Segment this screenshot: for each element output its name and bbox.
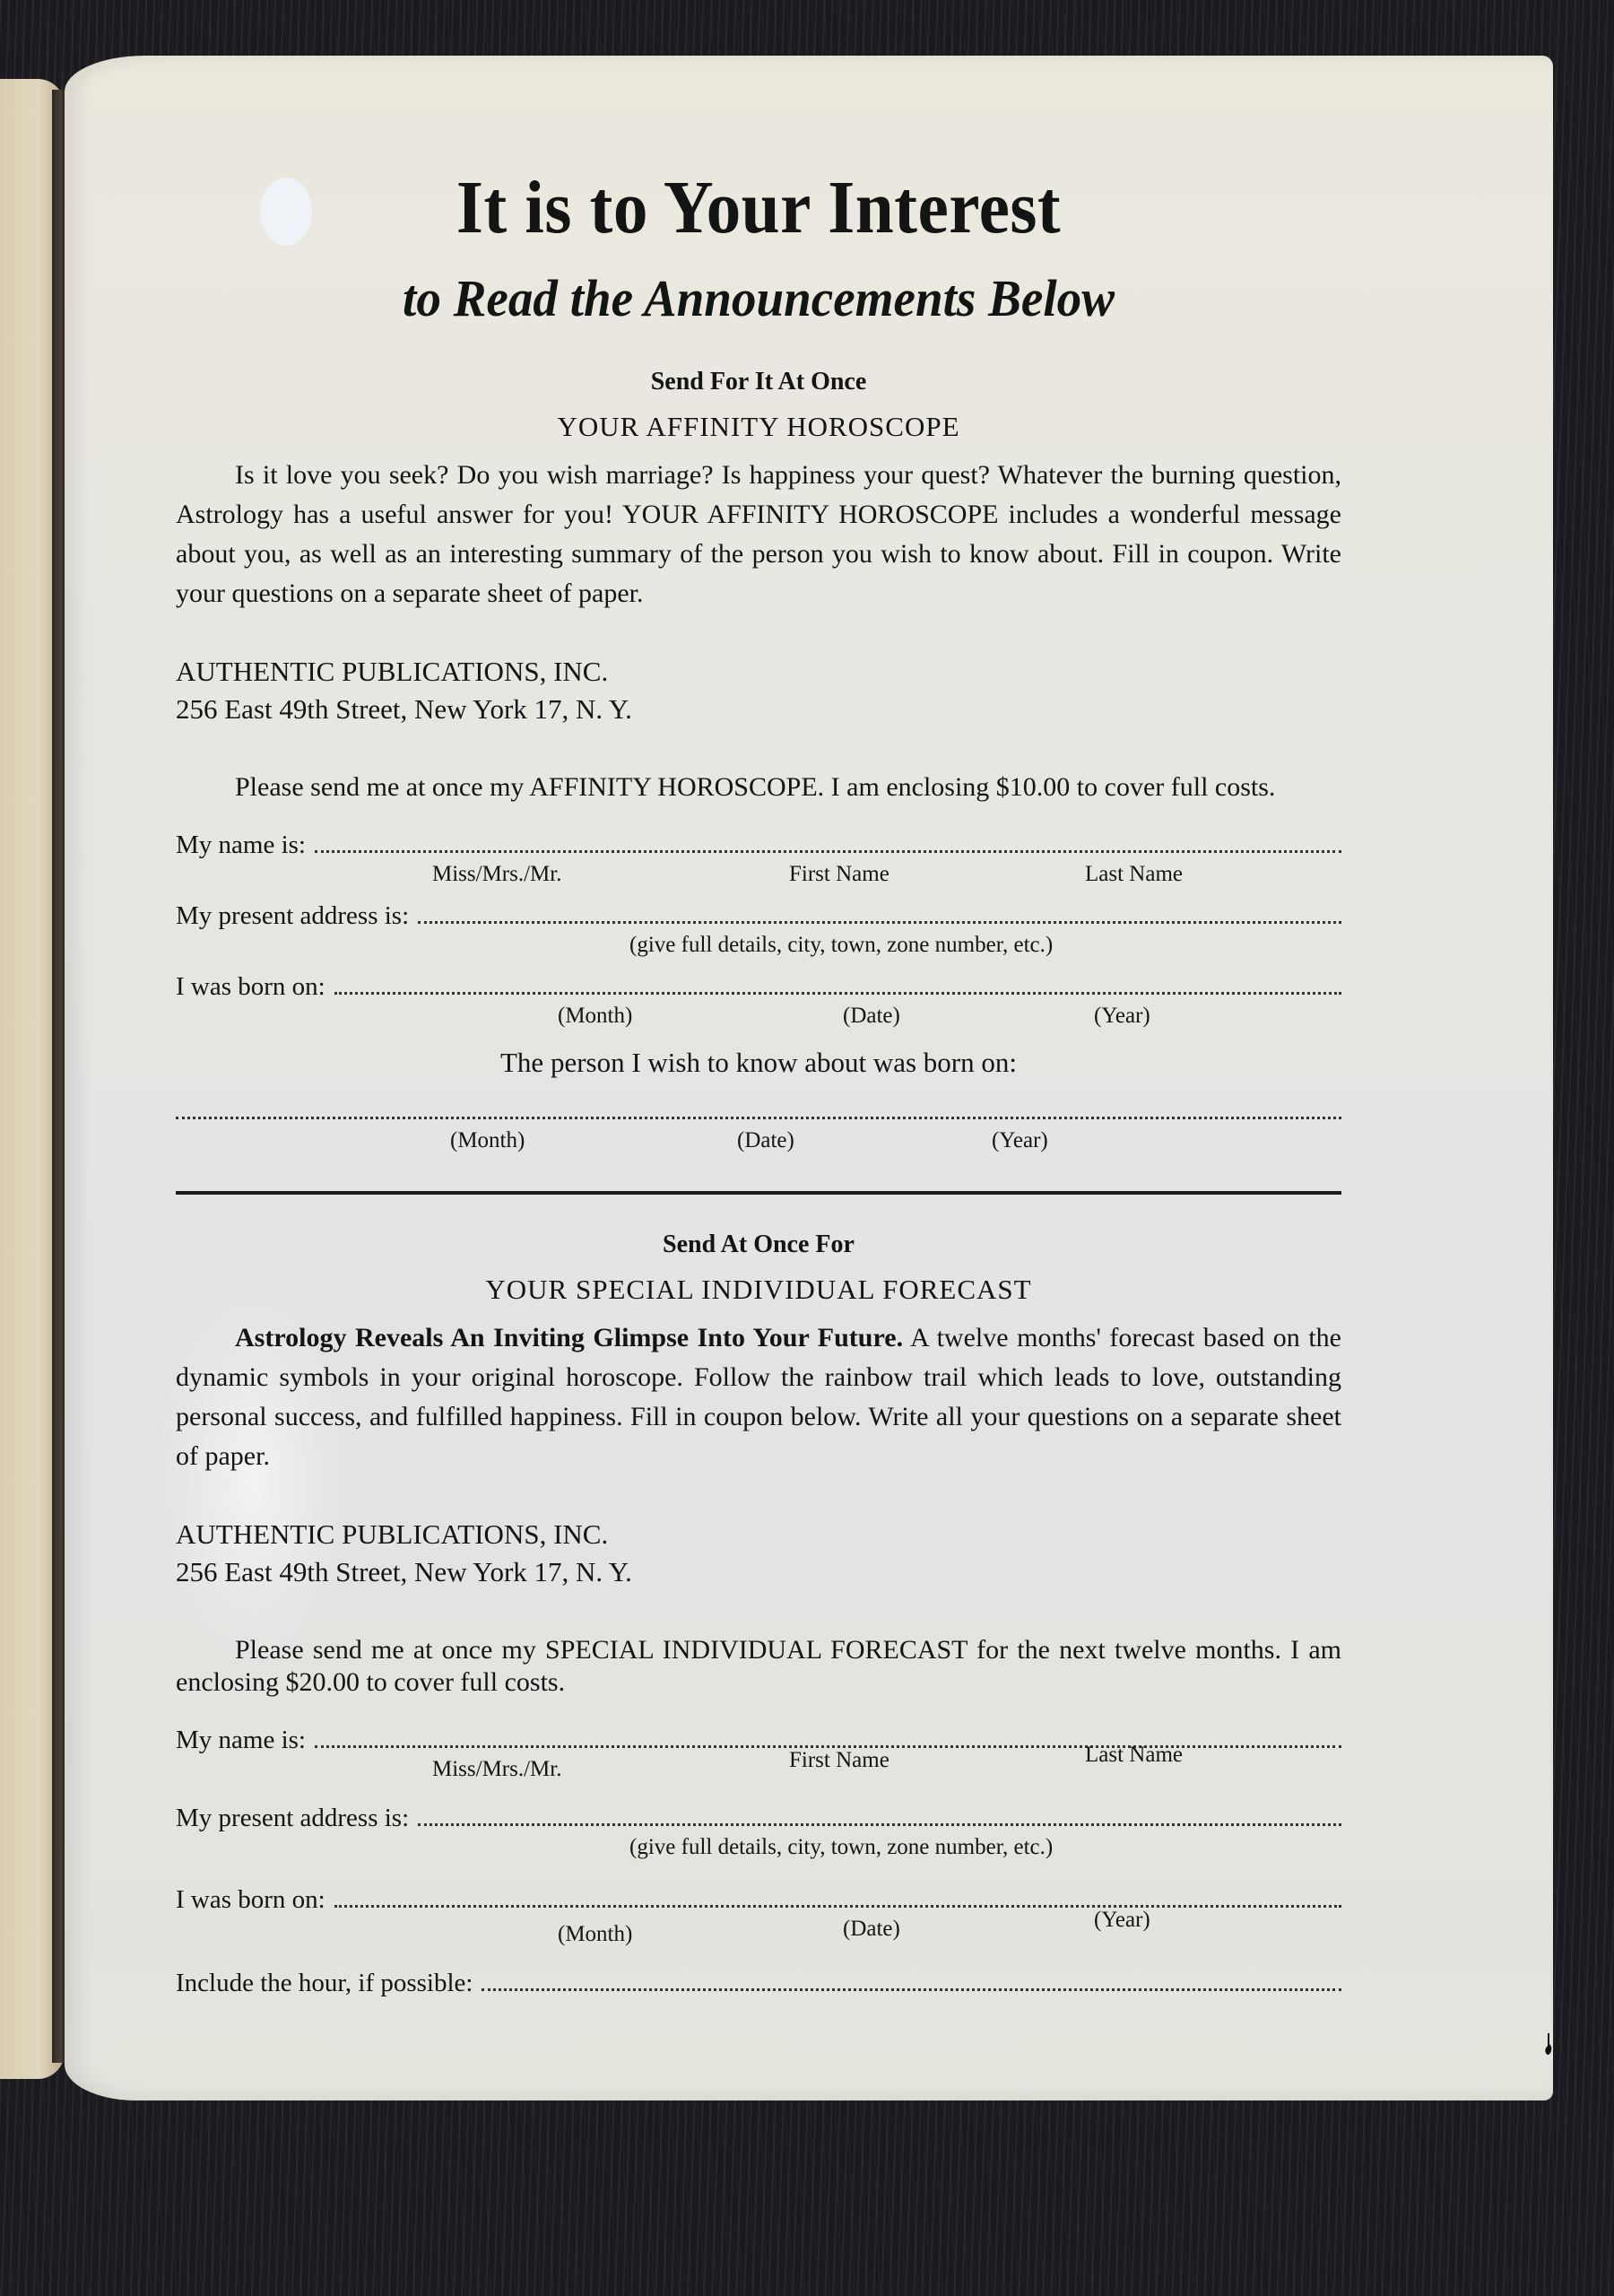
- date-sublabel: (Date): [843, 1917, 900, 1942]
- publisher-address: 256 East 49th Street, New York 17, N. Y.: [176, 1553, 1341, 1591]
- affinity-body: Is it love you seek? Do you wish marriag…: [176, 456, 1341, 613]
- name-sublabels: Miss/Mrs./Mr. First Name Last Name: [176, 860, 1341, 892]
- born-label: I was born on:: [176, 1885, 334, 1915]
- other-date-sublabel: (Date): [737, 1128, 794, 1153]
- month-sublabel: (Month): [558, 1922, 632, 1947]
- name-label: My name is:: [176, 831, 315, 860]
- first-name-sublabel: First Name: [789, 1748, 889, 1773]
- birth-input-line[interactable]: [334, 992, 1341, 995]
- name-label: My name is:: [176, 1726, 315, 1755]
- born-label: I was born on:: [176, 972, 334, 1002]
- affinity-address-field[interactable]: My present address is:: [176, 901, 1341, 931]
- headline-main: It is to Your Interest: [222, 170, 1295, 246]
- address-input-line[interactable]: [418, 921, 1341, 924]
- forecast-birth-field[interactable]: I was born on:: [176, 1885, 1341, 1915]
- forecast-hour-field[interactable]: Include the hour, if possible:: [176, 1969, 1341, 1998]
- other-year-sublabel: (Year): [992, 1128, 1048, 1153]
- affinity-horoscope-section: Send For It At Once YOUR AFFINITY HOROSC…: [176, 368, 1341, 1159]
- address-hint: (give full details, city, town, zone num…: [629, 933, 1053, 958]
- other-person-label: The person I wish to know about was born…: [176, 1047, 1341, 1079]
- affinity-order-sentence: Please send me at once my AFFINITY HOROS…: [235, 772, 1275, 802]
- forecast-order-sentence: Please send me at once my SPECIAL INDIVI…: [176, 1635, 1341, 1697]
- other-person-birth-field[interactable]: [176, 1117, 1341, 1126]
- title-sublabel: Miss/Mrs./Mr.: [432, 862, 561, 887]
- publisher-address: 256 East 49th Street, New York 17, N. Y.: [176, 691, 1341, 728]
- date-sublabel: (Date): [843, 1004, 900, 1029]
- other-birth-input-line[interactable]: [176, 1117, 1341, 1119]
- forecast-kicker: Send At Once For: [176, 1231, 1341, 1259]
- address-label: My present address is:: [176, 901, 418, 931]
- birth-input-line[interactable]: [334, 1905, 1341, 1908]
- year-sublabel: (Year): [1094, 1908, 1150, 1933]
- address-hint-row: (give full details, city, town, zone num…: [176, 1833, 1341, 1865]
- forecast-address-field[interactable]: My present address is:: [176, 1804, 1341, 1833]
- hour-label: Include the hour, if possible:: [176, 1969, 482, 1998]
- forecast-body-lead: Astrology Reveals An Inviting Glimpse In…: [235, 1323, 903, 1352]
- publisher-name: AUTHENTIC PUBLICATIONS, INC.: [176, 1516, 1341, 1553]
- birth-sublabels: (Month) (Date) (Year): [176, 1002, 1341, 1034]
- section-divider: [176, 1191, 1341, 1195]
- affinity-order-text: Please send me at once my AFFINITY HOROS…: [176, 771, 1341, 804]
- name-input-line[interactable]: [315, 850, 1341, 853]
- affinity-birth-field[interactable]: I was born on:: [176, 972, 1341, 1002]
- other-month-sublabel: (Month): [450, 1128, 525, 1153]
- birth-sublabels: (Month) (Date) (Year): [176, 1915, 1341, 1947]
- publisher-name: AUTHENTIC PUBLICATIONS, INC.: [176, 653, 1341, 691]
- last-name-sublabel: Last Name: [1085, 862, 1183, 887]
- headline-sub: to Read the Announcements Below: [205, 273, 1313, 325]
- ink-mark-icon: [1544, 2033, 1553, 2057]
- forecast-body: Astrology Reveals An Inviting Glimpse In…: [176, 1318, 1341, 1476]
- last-name-sublabel: Last Name: [1085, 1743, 1183, 1768]
- special-forecast-section: Send At Once For YOUR SPECIAL INDIVIDUAL…: [176, 1231, 1341, 1998]
- affinity-title: YOUR AFFINITY HOROSCOPE: [176, 411, 1341, 443]
- address-label: My present address is:: [176, 1804, 418, 1833]
- name-sublabels: Miss/Mrs./Mr. First Name Last Name: [176, 1755, 1341, 1787]
- address-hint-row: (give full details, city, town, zone num…: [176, 931, 1341, 963]
- forecast-order-text: Please send me at once my SPECIAL INDIVI…: [176, 1634, 1341, 1699]
- hour-input-line[interactable]: [482, 1988, 1341, 1991]
- other-birth-sublabels: (Month) (Date) (Year): [176, 1126, 1341, 1159]
- year-sublabel: (Year): [1094, 1004, 1150, 1029]
- affinity-kicker: Send For It At Once: [176, 368, 1341, 396]
- first-name-sublabel: First Name: [789, 862, 889, 887]
- affinity-name-field[interactable]: My name is:: [176, 831, 1341, 860]
- address-hint: (give full details, city, town, zone num…: [629, 1835, 1053, 1860]
- affinity-publisher: AUTHENTIC PUBLICATIONS, INC. 256 East 49…: [176, 653, 1341, 728]
- affinity-body-text: Is it love you seek? Do you wish marriag…: [176, 460, 1341, 608]
- title-sublabel: Miss/Mrs./Mr.: [432, 1757, 561, 1782]
- forecast-title: YOUR SPECIAL INDIVIDUAL FORECAST: [176, 1274, 1341, 1306]
- address-input-line[interactable]: [418, 1823, 1341, 1826]
- month-sublabel: (Month): [558, 1004, 632, 1029]
- page-content: It is to Your Interest to Read the Annou…: [176, 117, 1341, 1998]
- forecast-publisher: AUTHENTIC PUBLICATIONS, INC. 256 East 49…: [176, 1516, 1341, 1591]
